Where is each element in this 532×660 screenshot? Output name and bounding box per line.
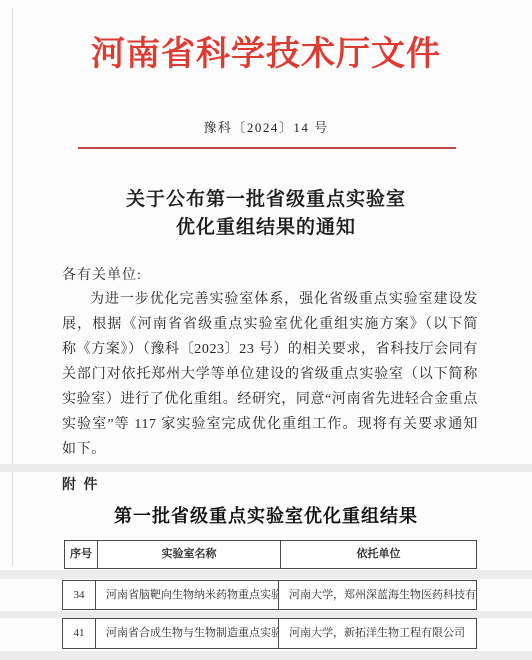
scan-fragment-gap [0, 570, 532, 579]
table-row: 34 河南省脑靶向生物纳米药物重点实验室 河南大学，郑州深蓝海生物医药科技有限公… [62, 580, 477, 610]
header-cell-supporting-unit: 依托单位 [281, 541, 476, 568]
page-edge-line [12, 8, 13, 566]
scan-fragment-gap [0, 651, 532, 660]
body-paragraph: 为进一步优化完善实验室体系，强化省级重点实验室建设发展，根据《河南省省级重点实验… [62, 287, 478, 462]
salutation: 各有关单位: [62, 264, 142, 284]
header-cell-lab-name: 实验室名称 [98, 541, 281, 568]
letterhead-divider [78, 147, 456, 149]
row-cell-supporting-unit: 河南大学，新拓洋生物工程有限公司 [279, 619, 476, 648]
scan-fragment-gap [0, 464, 532, 472]
attachment-table-title: 第一批省级重点实验室优化重组结果 [0, 502, 532, 528]
document-number: 豫科〔2024〕14 号 [0, 117, 532, 136]
notice-title-line1: 关于公布第一批省级重点实验室 [0, 186, 532, 214]
row-cell-lab-name: 河南省合成生物与生物制造重点实验室 [96, 619, 279, 648]
document-page: 河南省科学技术厅文件 豫科〔2024〕14 号 关于公布第一批省级重点实验室 优… [0, 0, 532, 660]
table-row: 41 河南省合成生物与生物制造重点实验室 河南大学，新拓洋生物工程有限公司 [62, 618, 477, 649]
row-cell-no: 34 [63, 581, 96, 609]
lab-table-header-row: 序号 实验室名称 依托单位 [64, 540, 477, 569]
attachment-label: 附 件 [62, 474, 100, 494]
letterhead-title: 河南省科学技术厅文件 [0, 26, 532, 75]
scan-fragment-gap [0, 611, 532, 618]
header-cell-no: 序号 [65, 541, 98, 568]
row-cell-supporting-unit: 河南大学，郑州深蓝海生物医药科技有限公司 [279, 581, 476, 609]
row-cell-lab-name: 河南省脑靶向生物纳米药物重点实验室 [96, 581, 279, 609]
notice-title-line2: 优化重组结果的通知 [0, 214, 532, 242]
row-cell-no: 41 [63, 619, 96, 648]
notice-title: 关于公布第一批省级重点实验室 优化重组结果的通知 [0, 186, 532, 242]
